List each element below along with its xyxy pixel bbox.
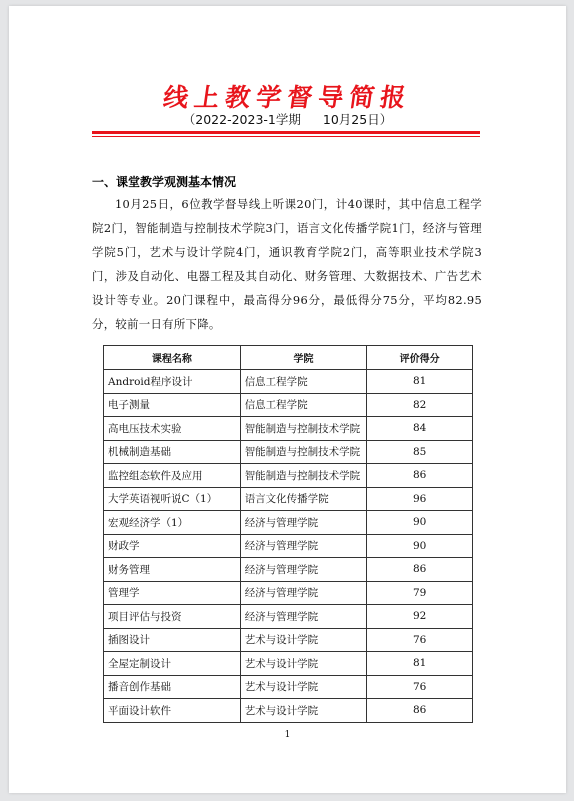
cell-score: 79 — [367, 581, 473, 605]
cell-score: 84 — [367, 417, 473, 441]
table-row: 平面设计软件艺术与设计学院86 — [104, 699, 473, 723]
cell-score: 76 — [367, 675, 473, 699]
cell-course: 财务管理 — [104, 558, 241, 582]
cell-college: 艺术与设计学院 — [240, 699, 367, 723]
cell-course: 电子测量 — [104, 393, 241, 417]
subtitle-term: （2022-2023-1学期 — [183, 112, 301, 127]
cell-score: 85 — [367, 440, 473, 464]
cell-score: 92 — [367, 605, 473, 629]
table-row: 财务管理经济与管理学院86 — [104, 558, 473, 582]
table-row: 插图设计艺术与设计学院76 — [104, 628, 473, 652]
table-header-row: 课程名称 学院 评价得分 — [104, 346, 473, 370]
cell-college: 智能制造与控制技术学院 — [240, 417, 367, 441]
course-score-table: 课程名称 学院 评价得分 Android程序设计信息工程学院81 电子测量信息工… — [103, 345, 473, 723]
cell-course: 机械制造基础 — [104, 440, 241, 464]
cell-score: 90 — [367, 511, 473, 535]
table-row: 监控组态软件及应用智能制造与控制技术学院86 — [104, 464, 473, 488]
cell-score: 86 — [367, 464, 473, 488]
cell-college: 经济与管理学院 — [240, 511, 367, 535]
page-number: 1 — [9, 730, 566, 740]
table-row: 播音创作基础艺术与设计学院76 — [104, 675, 473, 699]
cell-course: 全屋定制设计 — [104, 652, 241, 676]
header-score: 评价得分 — [367, 346, 473, 370]
header-course: 课程名称 — [104, 346, 241, 370]
cell-college: 智能制造与控制技术学院 — [240, 440, 367, 464]
cell-course: 项目评估与投资 — [104, 605, 241, 629]
cell-score: 96 — [367, 487, 473, 511]
bulletin-subtitle: （2022-2023-1学期10月25日） — [9, 110, 566, 128]
red-divider-thin — [92, 136, 480, 137]
cell-college: 艺术与设计学院 — [240, 675, 367, 699]
cell-course: 财政学 — [104, 534, 241, 558]
cell-college: 经济与管理学院 — [240, 558, 367, 582]
cell-score: 86 — [367, 558, 473, 582]
cell-college: 艺术与设计学院 — [240, 652, 367, 676]
red-divider-thick — [92, 131, 480, 134]
table-row: 财政学经济与管理学院90 — [104, 534, 473, 558]
table-row: 电子测量信息工程学院82 — [104, 393, 473, 417]
section-heading: 一、课堂教学观测基本情况 — [92, 173, 236, 190]
cell-course: 播音创作基础 — [104, 675, 241, 699]
cell-college: 经济与管理学院 — [240, 605, 367, 629]
table-row: 项目评估与投资经济与管理学院92 — [104, 605, 473, 629]
table-row: 高电压技术实验智能制造与控制技术学院84 — [104, 417, 473, 441]
table-row: 大学英语视听说C（1）语言文化传播学院96 — [104, 487, 473, 511]
table-row: Android程序设计信息工程学院81 — [104, 370, 473, 394]
summary-paragraph: 10月25日，6位教学督导线上听课20门，计40课时，其中信息工程学院2门，智能… — [92, 192, 482, 336]
cell-college: 智能制造与控制技术学院 — [240, 464, 367, 488]
subtitle-date: 10月25日） — [323, 112, 392, 127]
cell-college: 信息工程学院 — [240, 393, 367, 417]
cell-course: 大学英语视听说C（1） — [104, 487, 241, 511]
cell-course: Android程序设计 — [104, 370, 241, 394]
cell-score: 81 — [367, 370, 473, 394]
cell-college: 经济与管理学院 — [240, 534, 367, 558]
cell-course: 平面设计软件 — [104, 699, 241, 723]
cell-course: 宏观经济学（1） — [104, 511, 241, 535]
table-row: 管理学经济与管理学院79 — [104, 581, 473, 605]
cell-college: 信息工程学院 — [240, 370, 367, 394]
cell-score: 76 — [367, 628, 473, 652]
cell-score: 82 — [367, 393, 473, 417]
cell-college: 语言文化传播学院 — [240, 487, 367, 511]
cell-score: 90 — [367, 534, 473, 558]
cell-course: 高电压技术实验 — [104, 417, 241, 441]
cell-course: 管理学 — [104, 581, 241, 605]
document-page: 线上教学督导简报 （2022-2023-1学期10月25日） 一、课堂教学观测基… — [9, 6, 566, 793]
table-row: 宏观经济学（1）经济与管理学院90 — [104, 511, 473, 535]
cell-course: 监控组态软件及应用 — [104, 464, 241, 488]
cell-college: 经济与管理学院 — [240, 581, 367, 605]
cell-score: 81 — [367, 652, 473, 676]
header-college: 学院 — [240, 346, 367, 370]
table-row: 机械制造基础智能制造与控制技术学院85 — [104, 440, 473, 464]
cell-score: 86 — [367, 699, 473, 723]
table-row: 全屋定制设计艺术与设计学院81 — [104, 652, 473, 676]
bulletin-title: 线上教学督导简报 — [6, 78, 568, 114]
cell-college: 艺术与设计学院 — [240, 628, 367, 652]
cell-course: 插图设计 — [104, 628, 241, 652]
